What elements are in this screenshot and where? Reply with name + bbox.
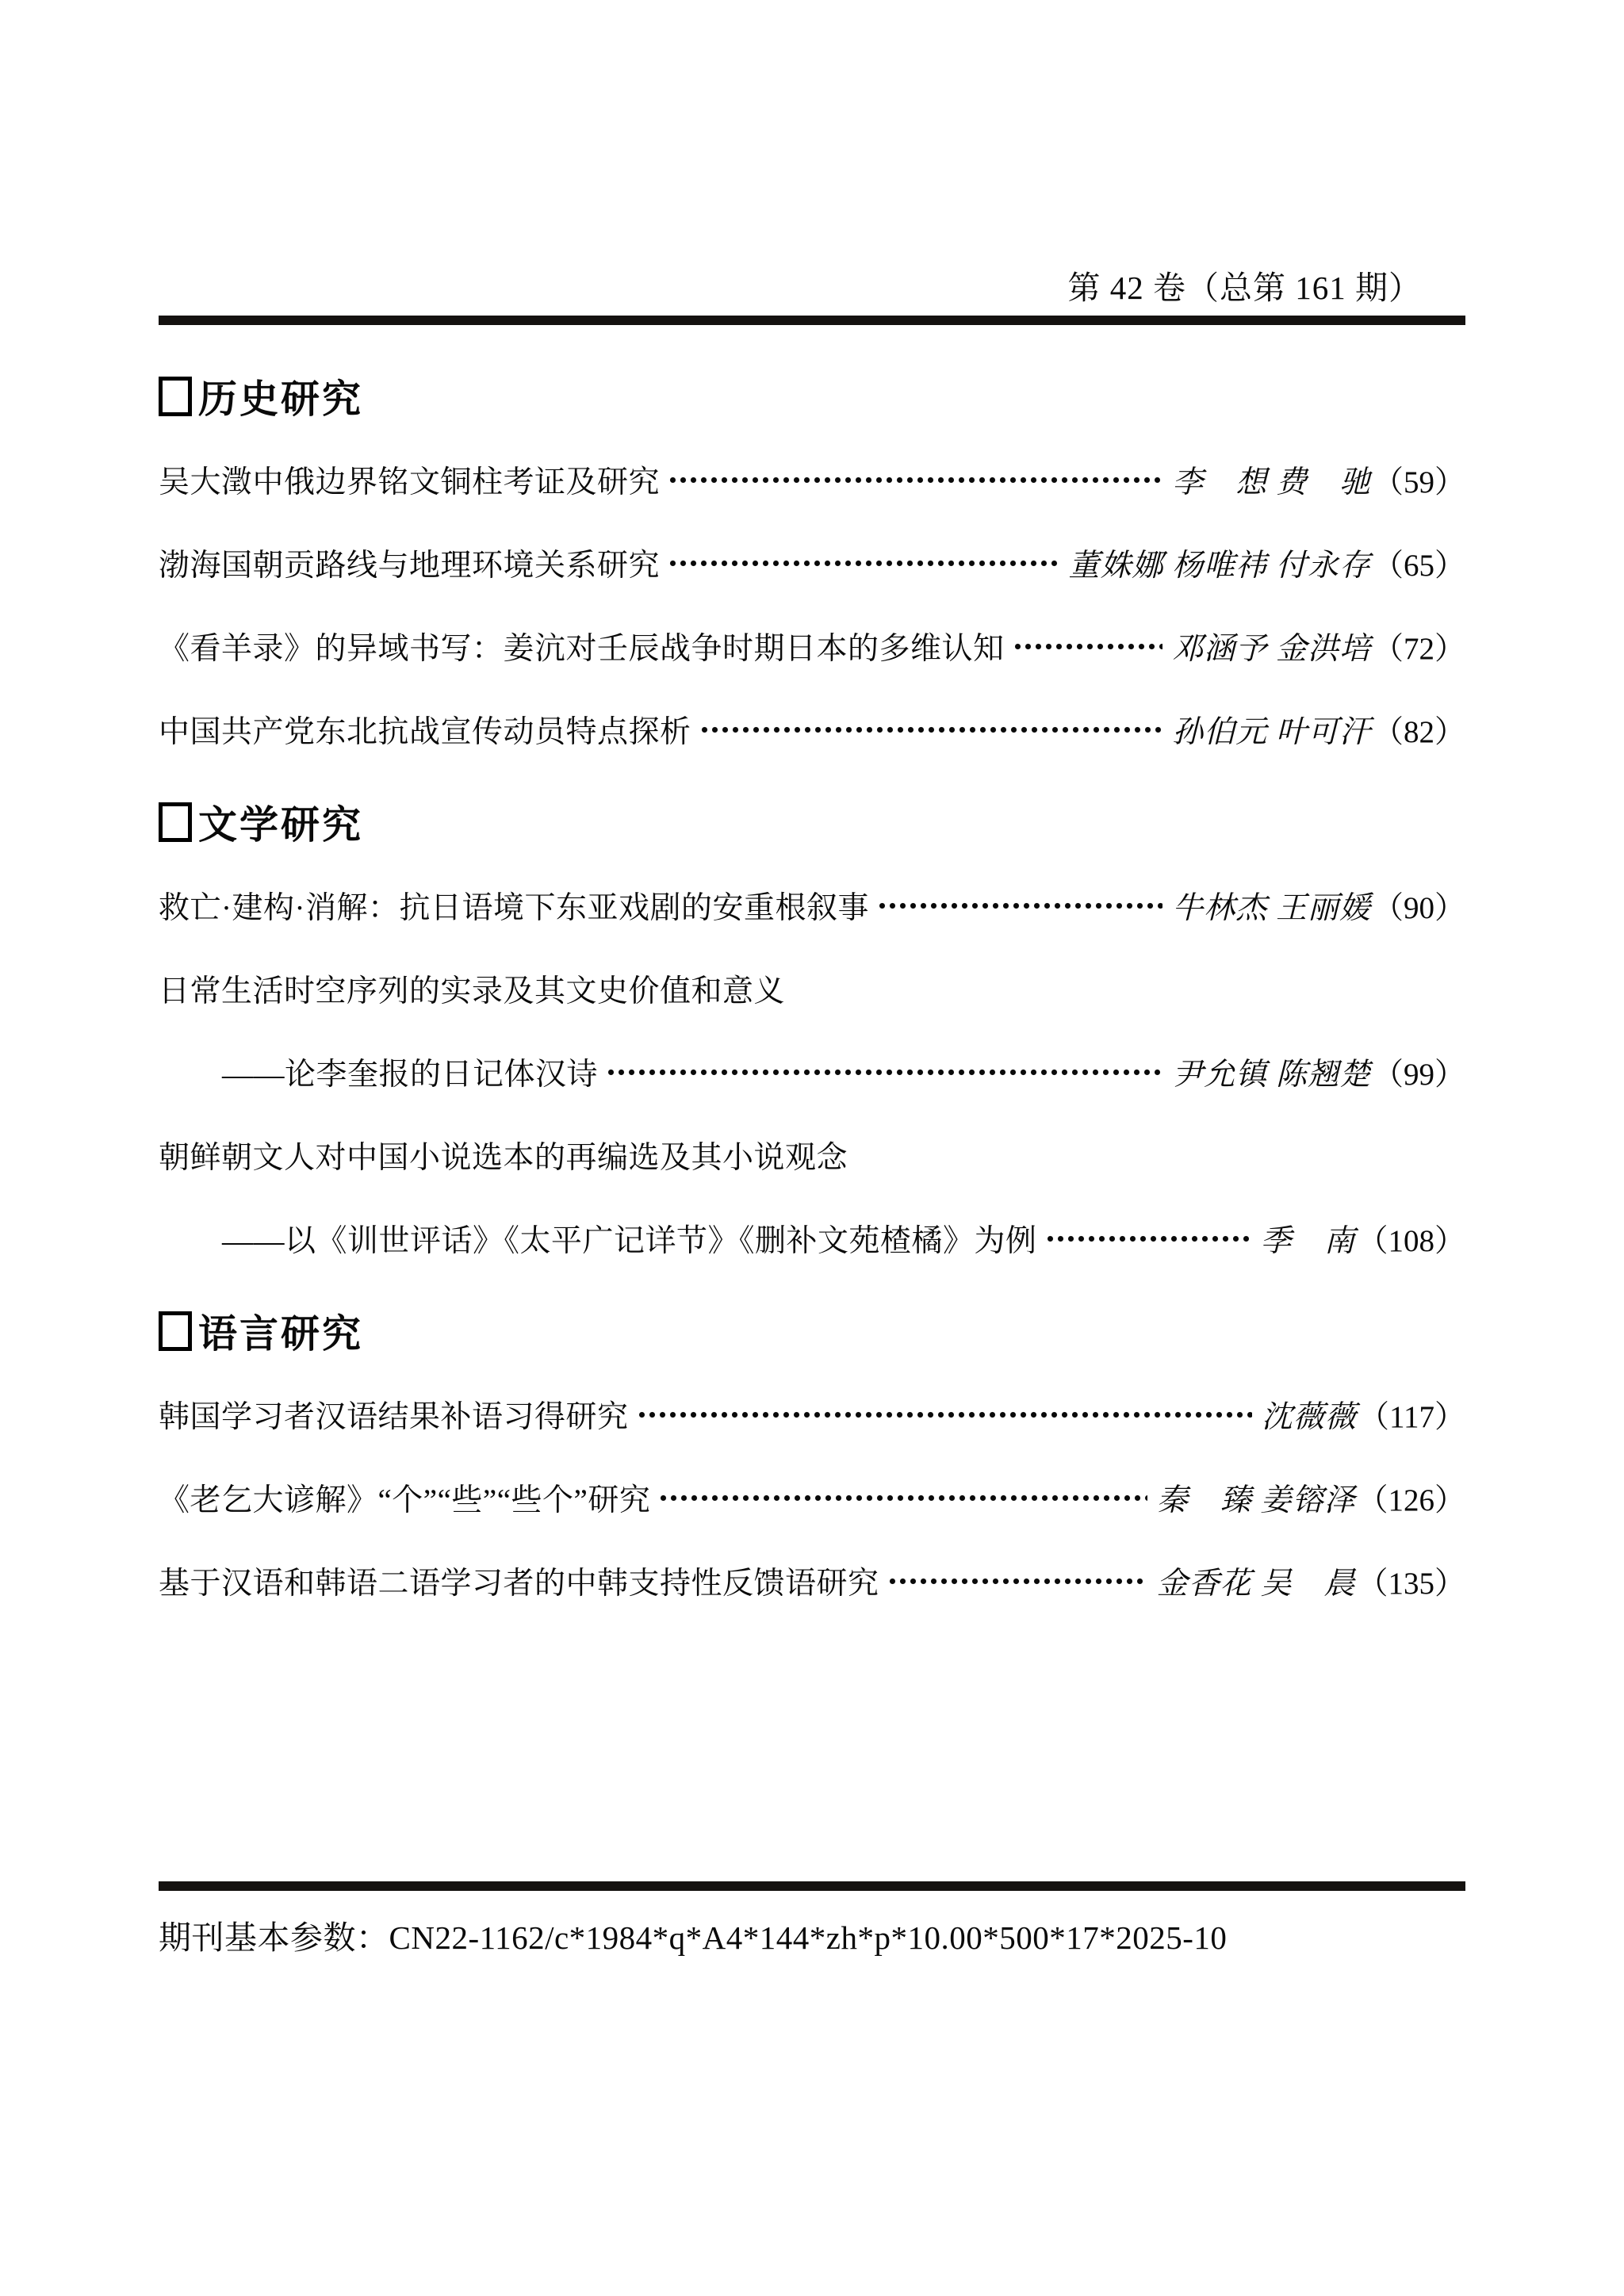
footer-double-rule [159,1881,1465,1891]
page-number: （72） [1373,624,1465,668]
article-title: 韩国学习者汉语结果补语习得研究 [159,1392,629,1437]
page-content: 第 42 卷（总第 161 期） 历史研究 吴大澂中俄边界铭文铜柱考证及研究 李… [159,0,1465,1958]
section-header-history: 历史研究 [159,371,1465,422]
toc-entry: 《看羊录》的异域书写：姜沆对壬辰战争时期日本的多维认知 邓涵予 金洪培 （72） [159,625,1465,668]
toc-entry: 救亡·建构·消解：抗日语境下东亚戏剧的安重根叙事 牛林杰 王丽媛 （90） [159,884,1465,927]
dot-leader [606,1050,1162,1093]
article-title: 基于汉语和韩语二语学习者的中韩支持性反馈语研究 [159,1559,879,1603]
toc-entry: ——论李奎报的日记体汉诗 尹允镇 陈翘楚 （99） [159,1050,1465,1093]
dot-leader [699,708,1163,751]
toc-entry: 渤海国朝贡路线与地理环境关系研究 董姝娜 杨唯祎 付永存 （65） [159,541,1465,584]
dot-leader [1013,625,1163,668]
section-header-literature: 文学研究 [159,797,1465,848]
page-number: （99） [1373,1050,1465,1094]
article-title: 日常生活时空序列的实录及其文史价值和意义 [159,966,785,1011]
article-title: 《看羊录》的异域书写：姜沆对壬辰战争时期日本的多维认知 [159,624,1005,668]
article-authors: 沈薇薇 [1262,1392,1357,1437]
article-title: 救亡·建构·消解：抗日语境下东亚戏剧的安重根叙事 [159,883,869,928]
toc-entry: 日常生活时空序列的实录及其文史价值和意义 [159,967,1465,1010]
header-double-rule [159,316,1465,325]
article-authors: 金香花 吴 晨 [1157,1559,1356,1603]
page-number: （82） [1373,707,1465,752]
article-subtitle: ——论李奎报的日记体汉诗 [222,1050,598,1094]
page-number: （108） [1357,1216,1465,1261]
section-title: 文学研究 [198,794,363,850]
journal-toc-page: { "header": { "issue_info": "第 42 卷（总第 1… [0,0,1624,2296]
article-authors: 邓涵予 金洪培 [1172,624,1371,668]
page-number: （59） [1373,457,1465,502]
dot-leader [637,1393,1252,1436]
section-marker-square-icon [159,377,192,416]
section-title: 历史研究 [198,369,363,424]
dot-leader [887,1559,1147,1602]
page-number: （90） [1373,883,1465,928]
page-number: （135） [1357,1559,1465,1603]
section-header-language: 语言研究 [159,1306,1465,1357]
article-title: 渤海国朝贡路线与地理环境关系研究 [159,541,660,585]
dot-leader [668,541,1059,584]
section-marker-square-icon [159,802,192,842]
article-title: 朝鲜朝文人对中国小说选本的再编选及其小说观念 [159,1133,848,1177]
article-authors: 牛林杰 王丽媛 [1172,883,1371,928]
article-title: 吴大澂中俄边界铭文铜柱考证及研究 [159,457,660,502]
toc-entry: 基于汉语和韩语二语学习者的中韩支持性反馈语研究 金香花 吴 晨 （135） [159,1559,1465,1602]
article-authors: 秦 臻 姜镕泽 [1157,1475,1356,1520]
dot-leader [1045,1217,1251,1260]
toc-entry: 中国共产党东北抗战宣传动员特点探析 孙伯元 叶可汗 （82） [159,708,1465,751]
article-title: 中国共产党东北抗战宣传动员特点探析 [159,707,691,752]
page-number: （117） [1358,1392,1465,1437]
article-title: 《老乞大谚解》“个”“些”“些个”研究 [159,1475,650,1520]
toc-entry: 吴大澂中俄边界铭文铜柱考证及研究 李 想 费 驰 （59） [159,458,1465,501]
article-authors: 尹允镇 陈翘楚 [1172,1050,1371,1094]
toc-entry: 韩国学习者汉语结果补语习得研究 沈薇薇 （117） [159,1393,1465,1436]
dot-leader [668,458,1162,501]
article-authors: 孙伯元 叶可汗 [1172,707,1371,752]
section-title: 语言研究 [198,1303,363,1359]
dot-leader [877,884,1162,927]
toc-entry: 《老乞大谚解》“个”“些”“些个”研究 秦 臻 姜镕泽 （126） [159,1476,1465,1519]
article-authors: 董姝娜 杨唯祎 付永存 [1068,541,1371,585]
article-authors: 李 想 费 驰 [1172,457,1371,502]
issue-info: 第 42 卷（总第 161 期） [159,262,1465,303]
section-marker-square-icon [159,1311,192,1351]
article-authors: 季 南 [1260,1216,1355,1261]
dot-leader [658,1476,1147,1519]
page-number: （65） [1373,541,1465,585]
article-subtitle: ——以《训世评话》《太平广记详节》《删补文苑楂橘》为例 [222,1216,1037,1261]
toc-entry: ——以《训世评话》《太平广记详节》《删补文苑楂橘》为例 季 南 （108） [159,1217,1465,1260]
toc-entry: 朝鲜朝文人对中国小说选本的再编选及其小说观念 [159,1134,1465,1177]
journal-parameters: 期刊基本参数：CN22-1162/c*1984*q*A4*144*zh*p*10… [159,1911,1465,1958]
page-number: （126） [1357,1475,1465,1520]
